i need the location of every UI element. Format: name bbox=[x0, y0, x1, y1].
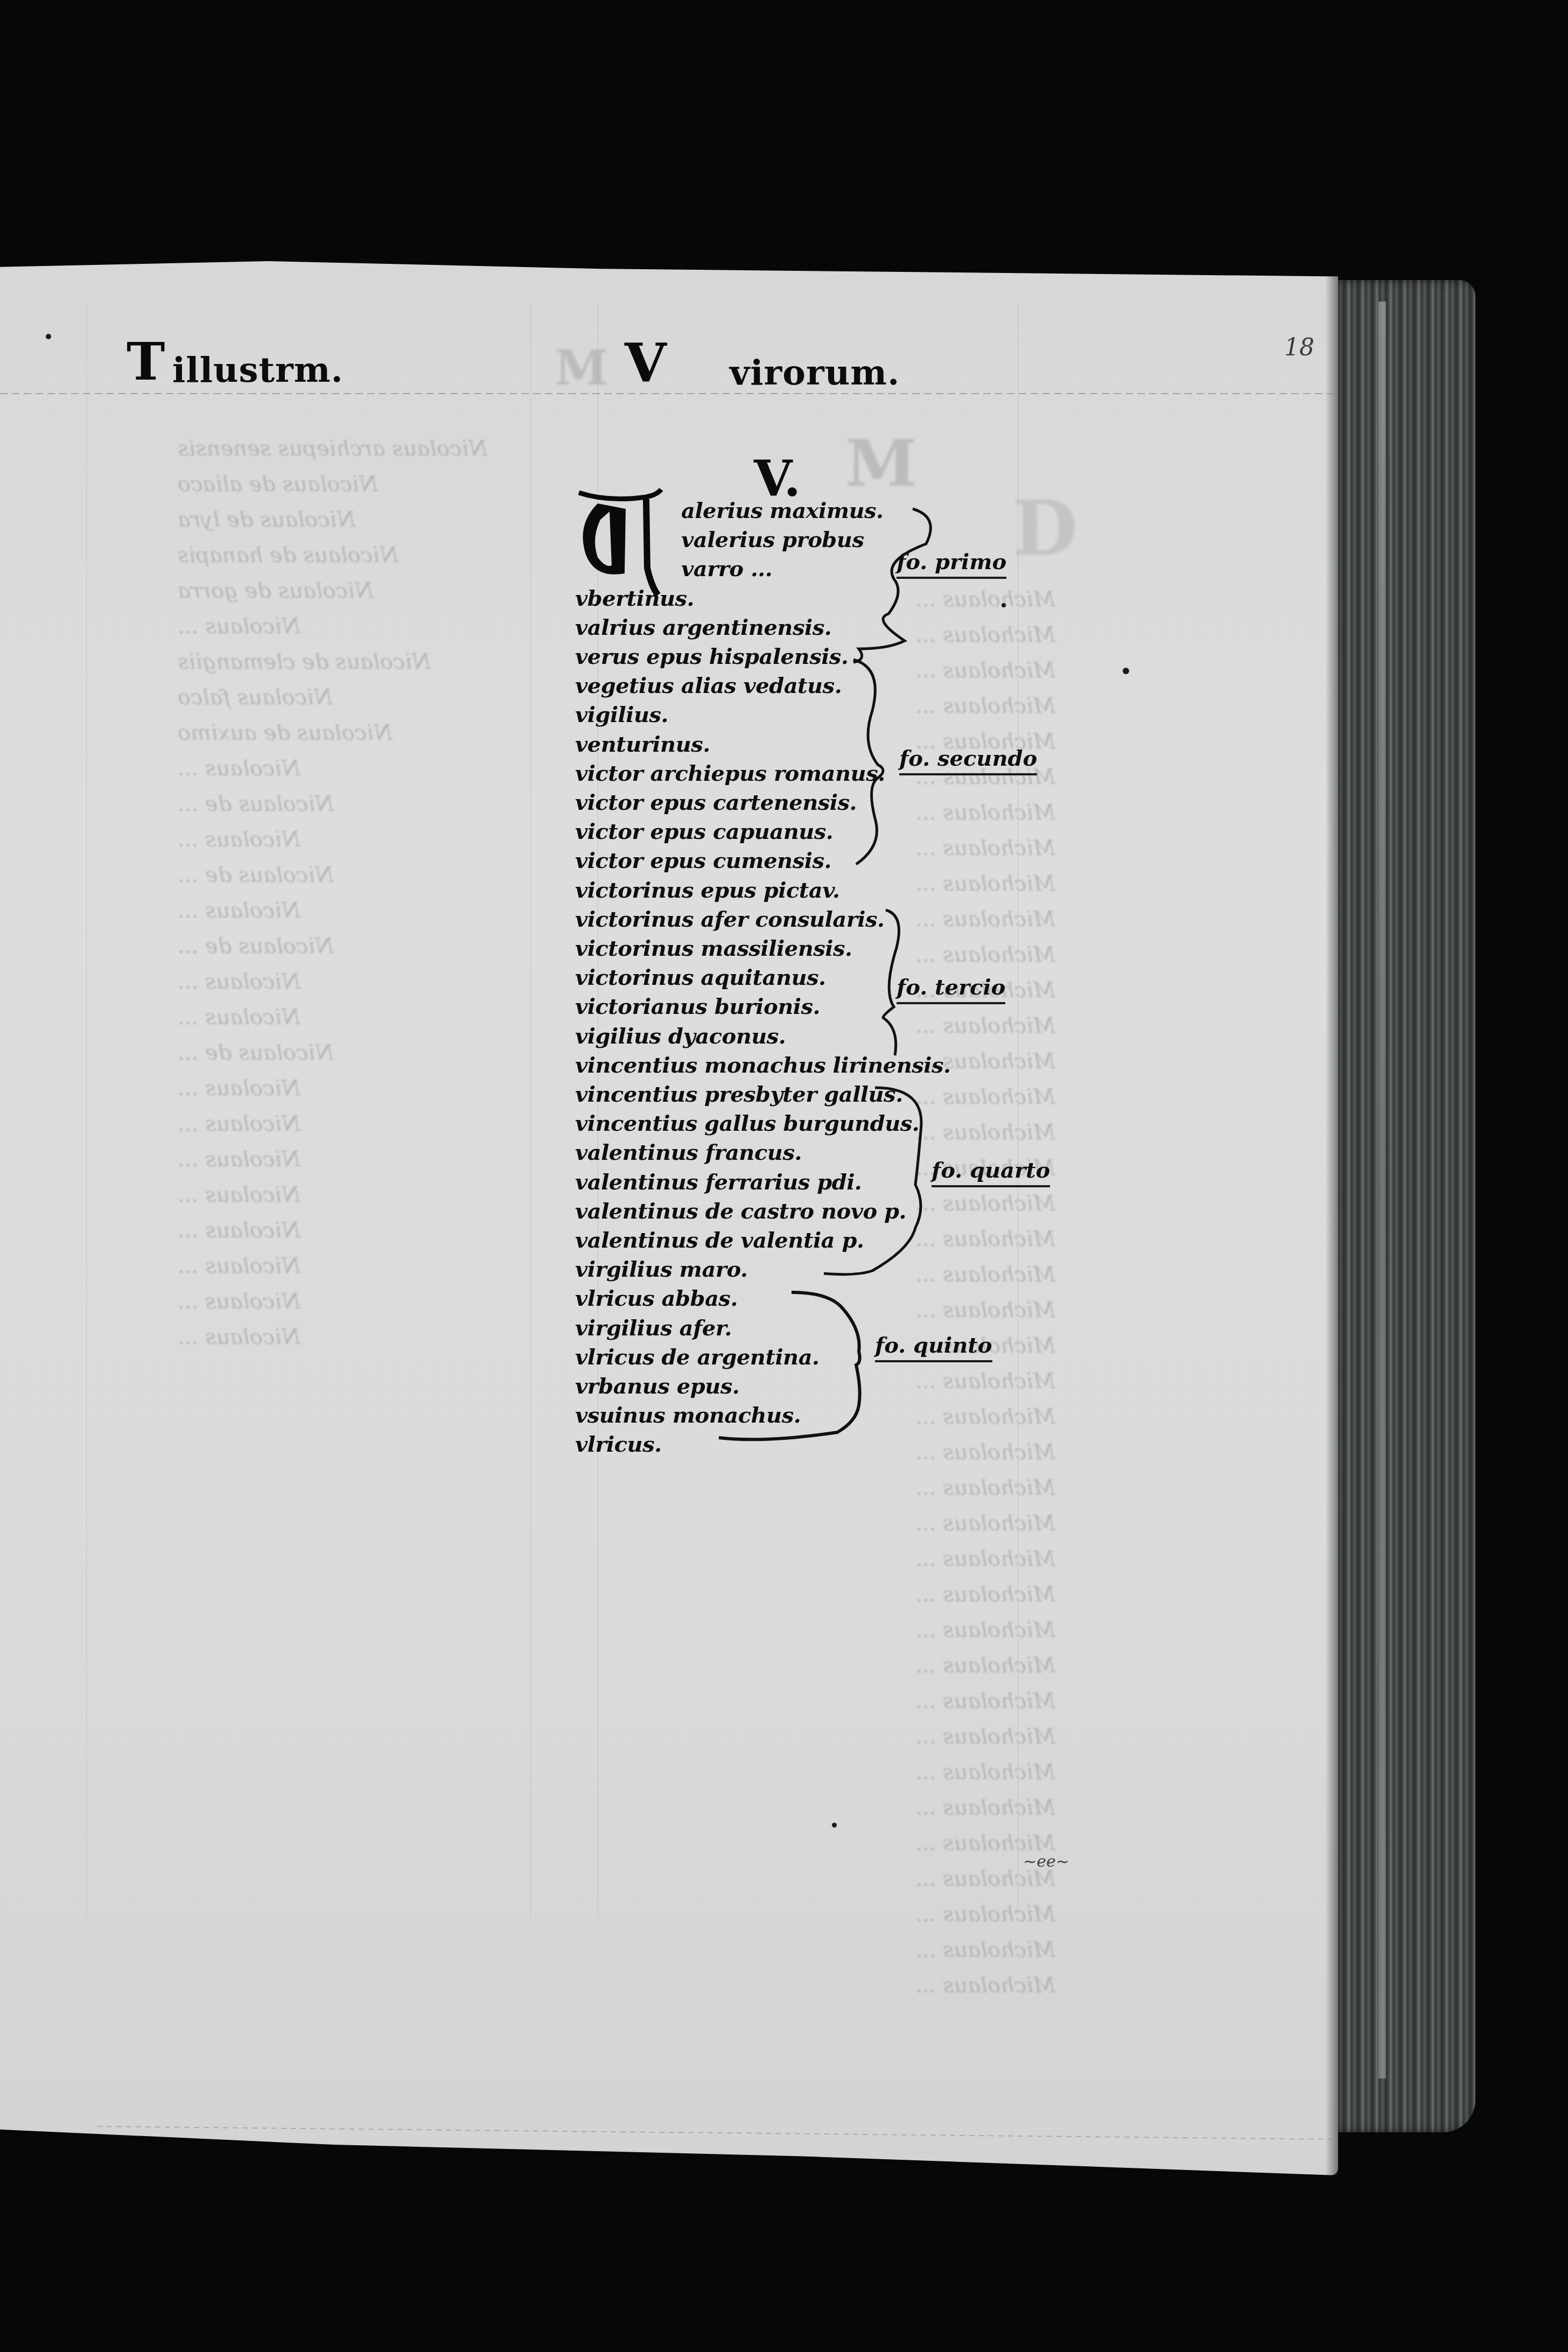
folio-reference-label: fo. secundo bbox=[899, 746, 1037, 775]
book-fore-edge-highlight bbox=[1378, 302, 1386, 2078]
heading-right-word: virorum. bbox=[730, 353, 900, 393]
index-entry: virgilius maro. bbox=[575, 1257, 747, 1282]
folio-reference-label: fo. primo bbox=[897, 549, 1006, 579]
index-entry: verus epus hispalensis. bbox=[575, 644, 848, 669]
index-entry: victor epus cartenensis. bbox=[575, 790, 857, 815]
index-entry: valrius argentinensis. bbox=[575, 615, 831, 640]
index-entry: victorinus afer consularis. bbox=[575, 907, 884, 932]
page-gutter-shadow bbox=[1325, 261, 1338, 2175]
index-entry: vlricus de argentina. bbox=[575, 1345, 820, 1370]
ink-dot bbox=[1123, 668, 1129, 674]
index-entry: victorinus aquitanus. bbox=[575, 965, 826, 990]
ink-dot bbox=[46, 334, 51, 339]
index-entry: vlricus. bbox=[575, 1432, 662, 1457]
folio-reference-label: fo. quinto bbox=[875, 1333, 992, 1362]
index-entry: valentinus de valentia p. bbox=[575, 1228, 864, 1253]
index-entry: victor archiepus romanus. bbox=[575, 761, 885, 786]
index-entry: vincentius presbyter gallus. bbox=[575, 1082, 903, 1107]
heading-right-initial: V bbox=[625, 331, 667, 395]
heading-left-initial: T bbox=[127, 331, 165, 392]
index-entry: victor epus cumensis. bbox=[575, 848, 831, 873]
index-entry: vlricus abbas. bbox=[575, 1286, 738, 1311]
index-entry: victor epus capuanus. bbox=[575, 819, 833, 844]
show-through-initial: M bbox=[555, 339, 608, 396]
folio-reference-label: fo. tercio bbox=[897, 975, 1005, 1004]
catchword-flourish: ~ee~ bbox=[1023, 1852, 1069, 1871]
heading-left-word: illustrm. bbox=[172, 350, 344, 390]
index-entry: vincentius monachus lirinensis. bbox=[575, 1053, 951, 1078]
index-entry: vincentius gallus burgundus. bbox=[575, 1111, 919, 1136]
index-entry: valentinus de castro novo p. bbox=[575, 1199, 906, 1224]
decorated-initial-v-icon bbox=[576, 487, 678, 600]
folio-reference-label: fo. quarto bbox=[932, 1158, 1050, 1187]
vertical-ruling-line bbox=[86, 302, 87, 1917]
show-through-initial: D bbox=[1012, 485, 1077, 573]
index-entry: victorianus burionis. bbox=[575, 994, 820, 1019]
folio-number: 18 bbox=[1284, 334, 1314, 361]
index-entry: alerius maximus. bbox=[681, 498, 884, 523]
show-through-text-right: Micholaus ...Micholaus ...Micholaus ...M… bbox=[840, 582, 1055, 2003]
index-entry: virgilius afer. bbox=[575, 1315, 732, 1341]
ink-dot bbox=[1002, 603, 1006, 607]
index-entry: valentinus francus. bbox=[575, 1140, 802, 1165]
index-entry: vegetius alias vedatus. bbox=[575, 673, 842, 698]
index-entry: vigilius. bbox=[575, 702, 668, 727]
index-entry: victorinus massiliensis. bbox=[575, 936, 852, 961]
index-entry: vigilius dyaconus. bbox=[575, 1024, 786, 1049]
index-entry: venturinus. bbox=[575, 732, 710, 757]
index-entry: valerius probus bbox=[681, 527, 864, 552]
bottom-ruling-line bbox=[97, 2126, 1335, 2140]
index-entry: victorinus epus pictav. bbox=[575, 878, 839, 903]
show-through-initial: M bbox=[845, 425, 917, 501]
ink-dot bbox=[832, 1823, 837, 1828]
index-entry: valentinus ferrarius pdi. bbox=[575, 1170, 862, 1195]
top-ruling-line bbox=[0, 393, 1338, 394]
index-entry: vbertinus. bbox=[575, 586, 694, 611]
index-entry: varro ... bbox=[681, 556, 772, 582]
index-entry: vrbanus epus. bbox=[575, 1374, 739, 1399]
show-through-text-left: Nicolaus archiepus senensisNicolaus de a… bbox=[178, 431, 555, 1355]
index-entry: vsuinus monachus. bbox=[575, 1403, 801, 1428]
book-fore-edge bbox=[1330, 280, 1475, 2132]
